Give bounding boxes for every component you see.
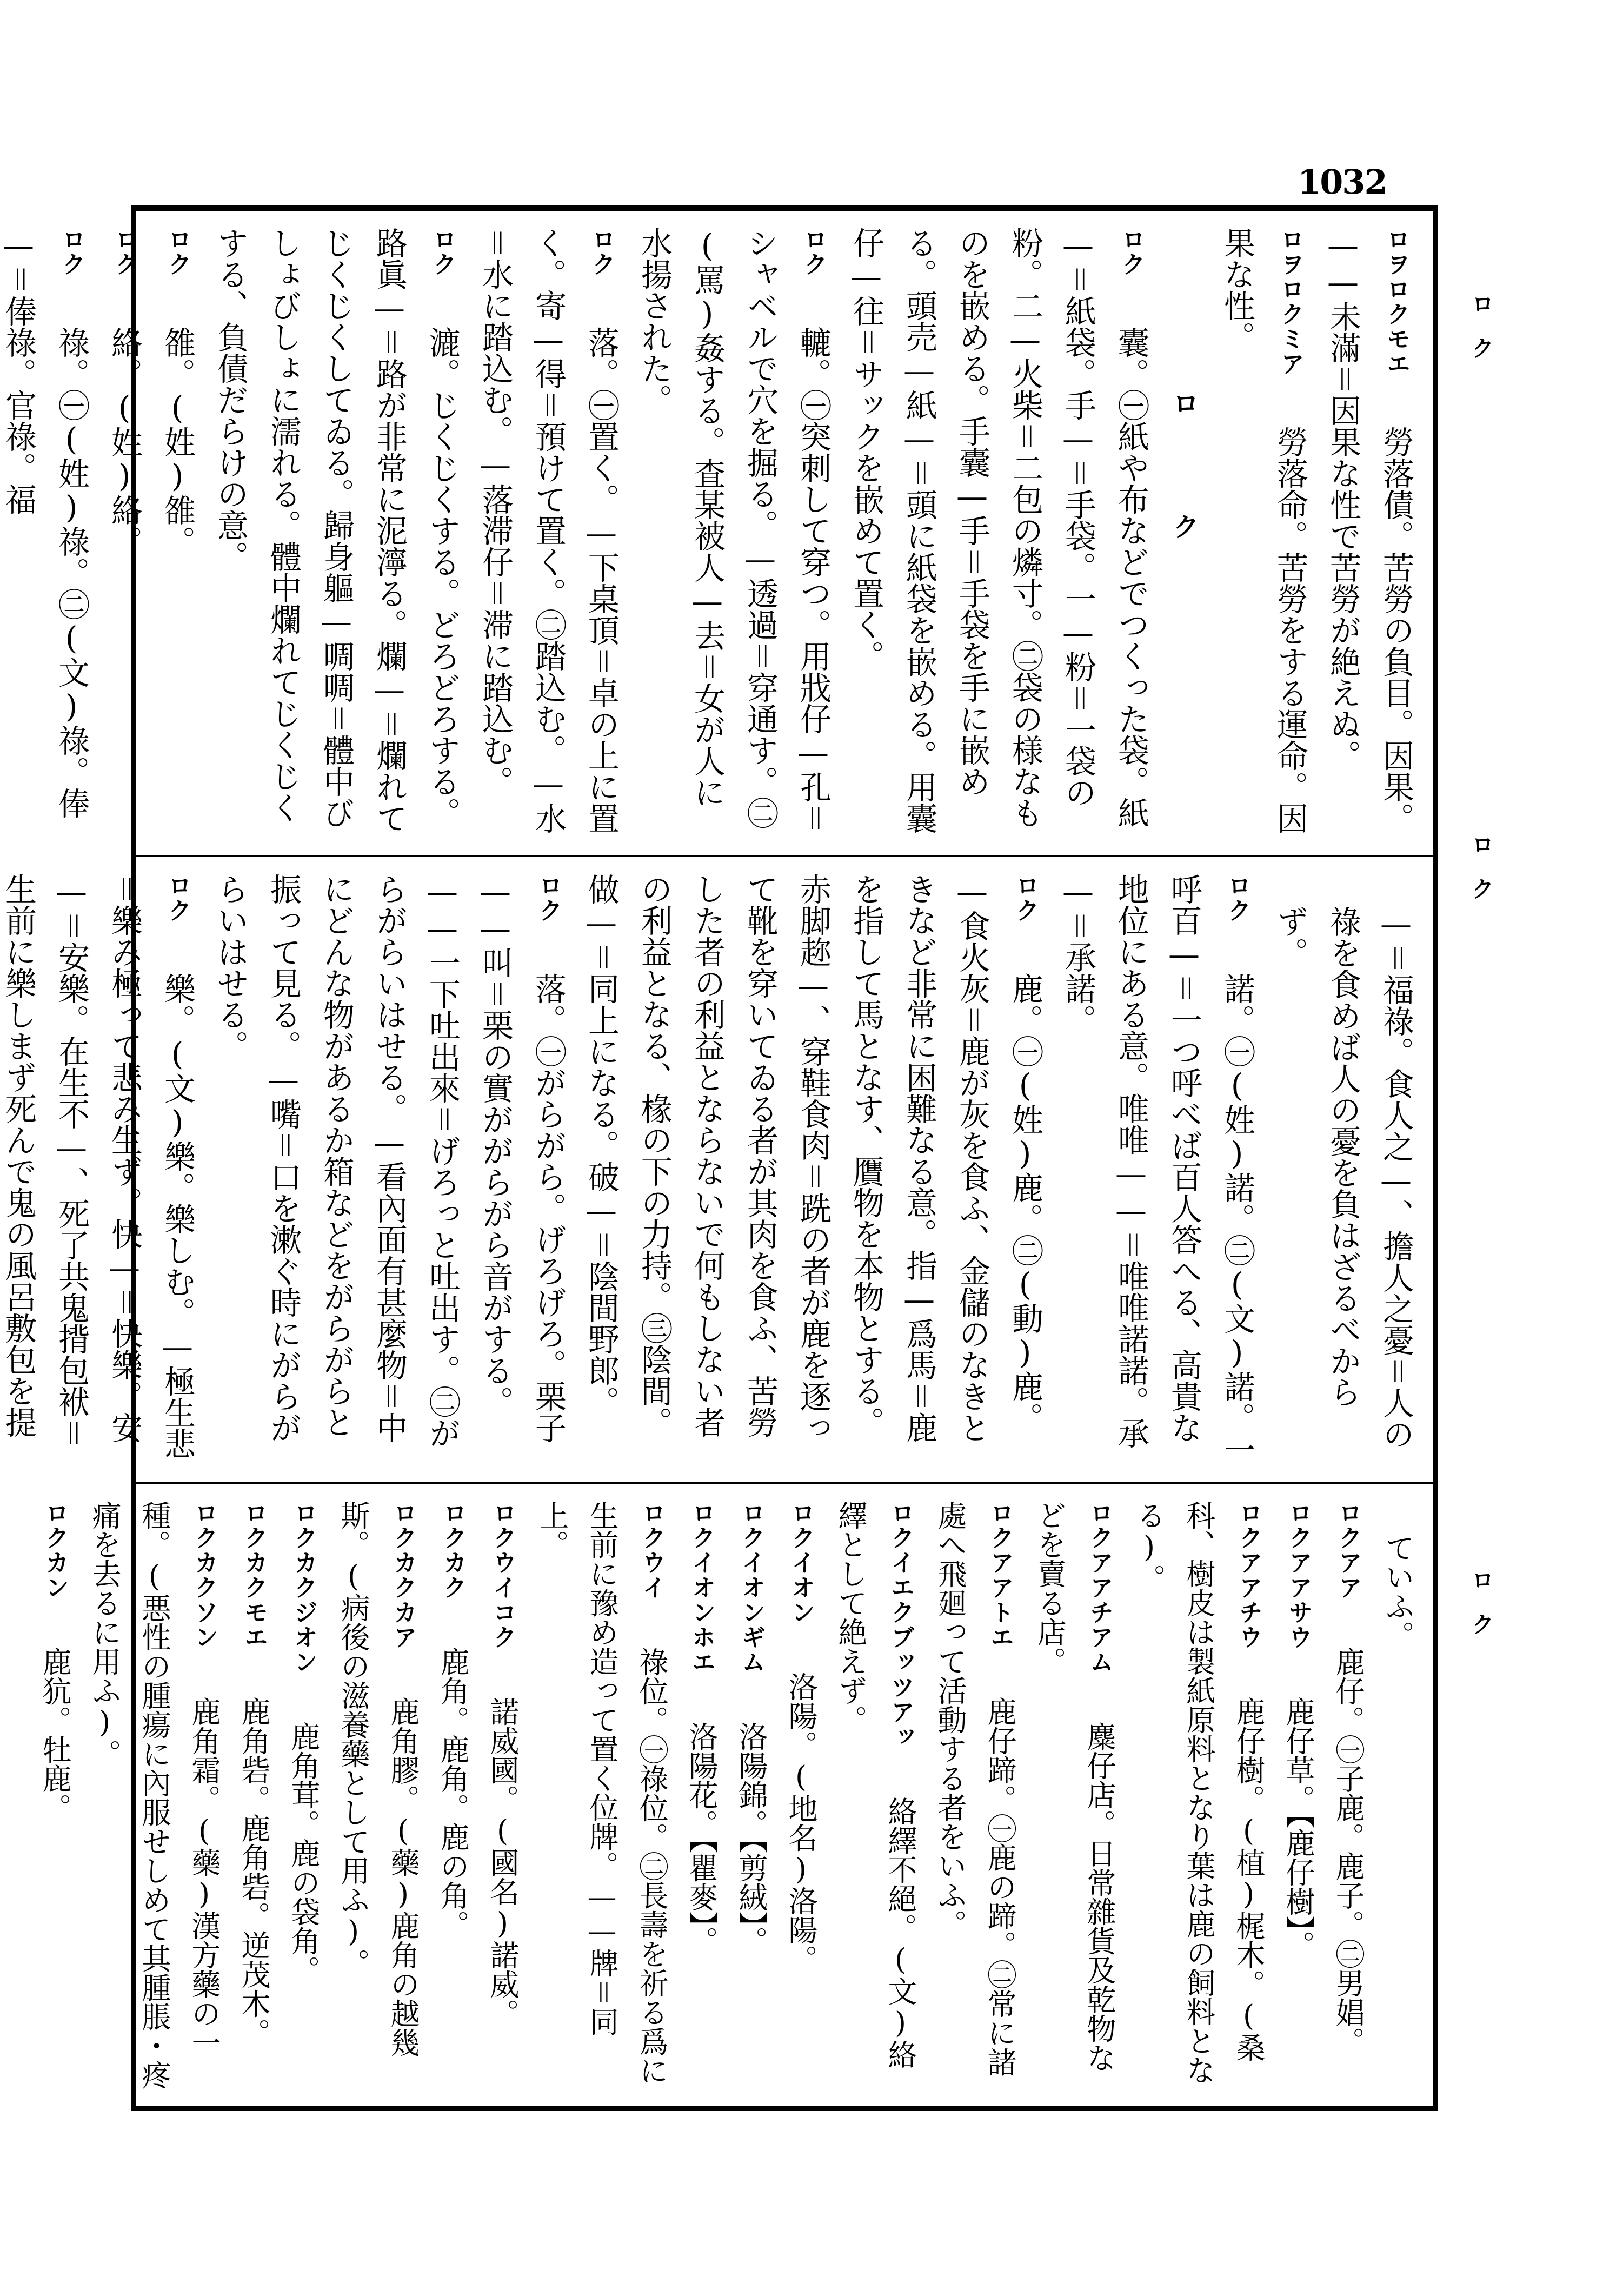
entry-headword: ロク (588, 227, 615, 277)
section-top-columns: ロヲロクモエ 勞落債。苦勞の負目。因果。——未滿＝因果な性で苦勞が絶えぬ。 ロヲ… (147, 227, 1422, 839)
dictionary-entry: ロク 雒。(姓)雒。 (151, 227, 204, 839)
dictionary-entry: ロク 轆。㊀突刺して穿つ。用戕仔—孔＝シャベルで穴を掘る。—透過＝穿通す。㊁(罵… (628, 227, 840, 839)
entry-definition: 鹿。㊀(姓)鹿。㊁(動)鹿。—食火灰＝鹿が灰を食ふ、金儲のなきときなど非常に困難… (583, 873, 1043, 1443)
entry-definition: 鹿仔草。【鹿仔樹】。 (1281, 1697, 1315, 1960)
entry-headword: ロクアアサウ (1285, 1501, 1312, 1650)
dictionary-entry: ロクカン 鹿犺。牡鹿。 (30, 1501, 79, 2090)
page-number: 1032 (1298, 162, 1387, 202)
entry-headword: ロクカクカア (389, 1501, 417, 1650)
entry-headword: ロクイオン (787, 1501, 815, 1625)
dictionary-entry: ロヲロクモエ 勞落債。苦勞の負目。因果。——未滿＝因果な性で苦勞が絶えぬ。 (1316, 227, 1422, 839)
dictionary-entry: ロク 落。㊀がらがら。げろげろ。栗子——叫＝栗の實ががらがら音がする。——一下吐… (204, 873, 575, 1466)
section-bottom-columns: ていふ。 ロクアア 鹿仔。㊀子鹿。鹿子。㊁男娼。 ロクアアサウ 鹿仔草。【鹿仔樹… (147, 1501, 1422, 2090)
dictionary-entry: ロク 樂。(文)樂。樂しむ。—極生悲＝樂み極って悲み生ず。快—＝快樂。安—＝安樂… (0, 873, 204, 1466)
entry-headword: ロク (164, 873, 191, 923)
dictionary-entry: ロクアアチウ 鹿仔樹。(植)梶木。(桑科、樹皮は製紙原料となり葉は鹿の飼料となる… (1124, 1501, 1273, 2090)
entry-headword: ロク (800, 227, 827, 277)
entry-definition: 鹿角。鹿角。鹿の角。 (436, 1647, 470, 1939)
dictionary-entry: ロク 落。㊀置く。—下桌頂＝卓の上に置く。寄—得＝預けて置く。㊁踏込む。—水＝水… (469, 227, 628, 839)
entry-definition: 洛陽。(地名)洛陽。 (784, 1672, 818, 1974)
dictionary-entry: ロクアアトエ 鹿仔蹄。㊀鹿の蹄。㊁常に諸處へ飛廻って活動する者をいふ。 (925, 1501, 1025, 2090)
dictionary-entry: ロク 鹿。㊀(姓)鹿。㊁(動)鹿。—食火灰＝鹿が灰を食ふ、金儲のなきときなど非常… (575, 873, 1052, 1466)
entry-definition: 轆。㊀突刺して穿つ。用戕仔—孔＝シャベルで穴を掘る。—透過＝穿通す。㊁(罵)姦す… (636, 227, 832, 834)
section-middle-columns: —＝福祿。食人之—、擔人之憂＝人の祿を食めば人の憂を負はざるべからず。 ロク 諾… (147, 873, 1422, 1466)
entry-headword: ロクウイ (638, 1501, 666, 1600)
entry-definition: 樂。(文)樂。樂しむ。—極生悲＝樂み極って悲み生ず。快—＝快樂。安—＝安樂。在生… (0, 873, 196, 1459)
page-frame: ロヲロクモエ 勞落債。苦勞の負目。因果。——未滿＝因果な性で苦勞が絶えぬ。 ロヲ… (131, 205, 1438, 2111)
dictionary-entry: ロクカクモエ 鹿角砦。鹿角砦。逆茂木。 (229, 1501, 278, 2090)
dictionary-entry: ロヲロクミア 勞落命。苦勞をする運命。因果な性。 (1210, 227, 1316, 839)
entry-definition: 鹿犺。牡鹿。 (38, 1647, 72, 1822)
section-bottom: ていふ。 ロクアア 鹿仔。㊀子鹿。鹿子。㊁男娼。 ロクアアサウ 鹿仔草。【鹿仔樹… (136, 1484, 1433, 2106)
entry-headword: ロク (1012, 873, 1039, 923)
entry-definition: 落。㊀置く。—下桌頂＝卓の上に置く。寄—得＝預けて置く。㊁踏込む。—水＝水に踏込… (477, 227, 620, 834)
side-index-tab-top: ロク (1465, 292, 1498, 381)
dictionary-entry: ロクカクカア 鹿角膠。(藥)鹿角の越幾斯。(病後の滋養藥として用ふ)。 (328, 1501, 428, 2090)
entry-headword: ロヲロクモエ (1382, 227, 1410, 376)
dictionary-entry: ロク 諾。㊀(姓)諾。㊁(文)諾。一呼百—＝一つ呼べば百人答へる、高貴な地位にあ… (1052, 873, 1263, 1466)
side-index-tab-bottom: ロク (1465, 1568, 1498, 1657)
entry-headword: ロクカン (41, 1501, 69, 1600)
section-top: ロヲロクモエ 勞落債。苦勞の負目。因果。——未滿＝因果な性で苦勞が絶えぬ。 ロヲ… (136, 211, 1433, 857)
entry-continuation: ていふ。 (1373, 1501, 1422, 2090)
dictionary-entry: ロクウイコク 諾威國。(國名)諾威。 (477, 1501, 527, 2090)
entry-headword: ロクカクジオン (290, 1501, 317, 1675)
entry-definition: —＝福祿。食人之—、擔人之憂＝人の祿を食めば人の憂を負はざるべからず。 (1272, 906, 1414, 1450)
entry-definition: 洛陽錦。【剪絨】。 (734, 1722, 768, 1955)
entry-headword: ロク (164, 227, 191, 277)
entry-definition: 絡。(姓)絡。 (106, 327, 143, 557)
entry-headword: ロヲロクミア (1276, 227, 1304, 376)
entry-headword: ロクアアトエ (986, 1501, 1014, 1650)
dictionary-entry: ロク 漉。じくじくする。どろどろする。路眞—＝路が非常に泥濘る。爛—＝爛れてじく… (204, 227, 469, 839)
dictionary-entry: ロクイエクブッツアッ 絡繹不絕。(文)絡繹として絶えず。 (826, 1501, 925, 2090)
dictionary-entry: ロクウイ 祿位。㊀祿位。㊁長壽を祈る爲に生前に豫め造って置く位牌。——牌＝同上。 (527, 1501, 676, 2090)
entry-definition: 諾。㊀(姓)諾。㊁(文)諾。一呼百—＝一つ呼べば百人答へる、高貴な地位にある意。… (1060, 873, 1255, 1465)
entry-definition: 洛陽花。【瞿麥】。 (684, 1722, 719, 1955)
entry-definition: 祿。㊀(姓)祿。㊁(文)祿。俸—＝俸祿。官祿。福 (0, 227, 90, 819)
entry-definition: 鹿角砦。鹿角砦。逆茂木。 (237, 1697, 271, 2047)
entry-headword: ロク (1223, 873, 1251, 923)
entry-definition: 鹿角茸。鹿の袋角。 (287, 1722, 321, 1985)
section-heading: ロ ク (1158, 227, 1210, 839)
dictionary-entry: ロク 祿。㊀(姓)祿。㊁(文)祿。俸—＝俸祿。官祿。福 (0, 227, 98, 839)
entry-headword: ロク (535, 873, 562, 923)
entry-continuation: —＝福祿。食人之—、擔人之憂＝人の祿を食めば人の憂を負はざるべからず。 (1263, 873, 1422, 1466)
entry-headword: ロクイエクブッツアッ (887, 1501, 914, 1749)
entry-headword: ロクカク (439, 1501, 467, 1600)
entry-headword: ロクカクソン (190, 1501, 218, 1650)
dictionary-entry: ロクアアサウ 鹿仔草。【鹿仔樹】。 (1273, 1501, 1323, 2090)
entry-headword: ロク (1118, 227, 1145, 277)
entry-definition: ていふ。 (1381, 1533, 1415, 1650)
dictionary-entry: ロクアア 鹿仔。㊀子鹿。鹿子。㊁男娼。 (1323, 1501, 1373, 2090)
entry-headword: ロク (111, 227, 138, 277)
dictionary-entry: ロクイオン 洛陽。(地名)洛陽。 (776, 1501, 826, 2090)
dictionary-entry: ロクイオンホエ 洛陽花。【瞿麥】。 (676, 1501, 726, 2090)
side-index-tab-middle: ロク (1465, 833, 1498, 921)
entry-definition: 鹿仔。㊀子鹿。鹿子。㊁男娼。 (1331, 1647, 1365, 2056)
dictionary-entry: ロクカクジオン 鹿角茸。鹿の袋角。 (278, 1501, 328, 2090)
entry-headword: ロクアア (1334, 1501, 1362, 1600)
entry-headword: ロクイオンホエ (688, 1501, 715, 1675)
dictionary-entry: ロク 囊。㊀紙や布などでつくった袋。紙—＝紙袋。手—＝手袋。一—粉＝一袋の粉。二… (840, 227, 1158, 839)
entry-headword: ロクイオンギム (737, 1501, 765, 1675)
entry-definition: 諾威國。(國名)諾威。 (485, 1697, 520, 2028)
dictionary-entry: ロクアアチアム 麋仔店。日常雜貨及乾物などを賣る店。 (1025, 1501, 1124, 2090)
entry-definition: 雒。(姓)雒。 (159, 327, 196, 557)
entry-headword: ロクウイコク (489, 1501, 516, 1650)
entry-headword: ロク (429, 227, 456, 277)
dictionary-entry: ロクカク 鹿角。鹿角。鹿の角。 (428, 1501, 477, 2090)
entry-headword: ロク (58, 227, 85, 277)
entry-definition: 漉。じくじくする。どろどろする。路眞—＝路が非常に泥濘る。爛—＝爛れてじくじくし… (212, 227, 461, 834)
dictionary-entry: ロクイオンギム 洛陽錦。【剪絨】。 (726, 1501, 776, 2090)
section-middle: —＝福祿。食人之—、擔人之憂＝人の祿を食めば人の憂を負はざるべからず。 ロク 諾… (136, 857, 1433, 1484)
entry-headword: ロクカクモエ (240, 1501, 268, 1650)
entry-headword: ロクアアチウ (1235, 1501, 1262, 1650)
entry-definition: 囊。㊀紙や布などでつくった袋。紙—＝紙袋。手—＝手袋。一—粉＝一袋の粉。二—火柴… (848, 227, 1149, 834)
dictionary-entry: ロク 絡。(姓)絡。 (98, 227, 151, 839)
dictionary-entry: ロクカクソン 鹿角霜。(藥)漢方藥の一種。(悪性の腫瘍に內服せしめて其腫脹・疼痛… (79, 1501, 229, 2090)
entry-headword: ロクアアチアム (1086, 1501, 1113, 1675)
entry-definition: 落。㊀がらがら。げろげろ。栗子——叫＝栗の實ががらがら音がする。——一下吐出來＝… (212, 873, 567, 1449)
